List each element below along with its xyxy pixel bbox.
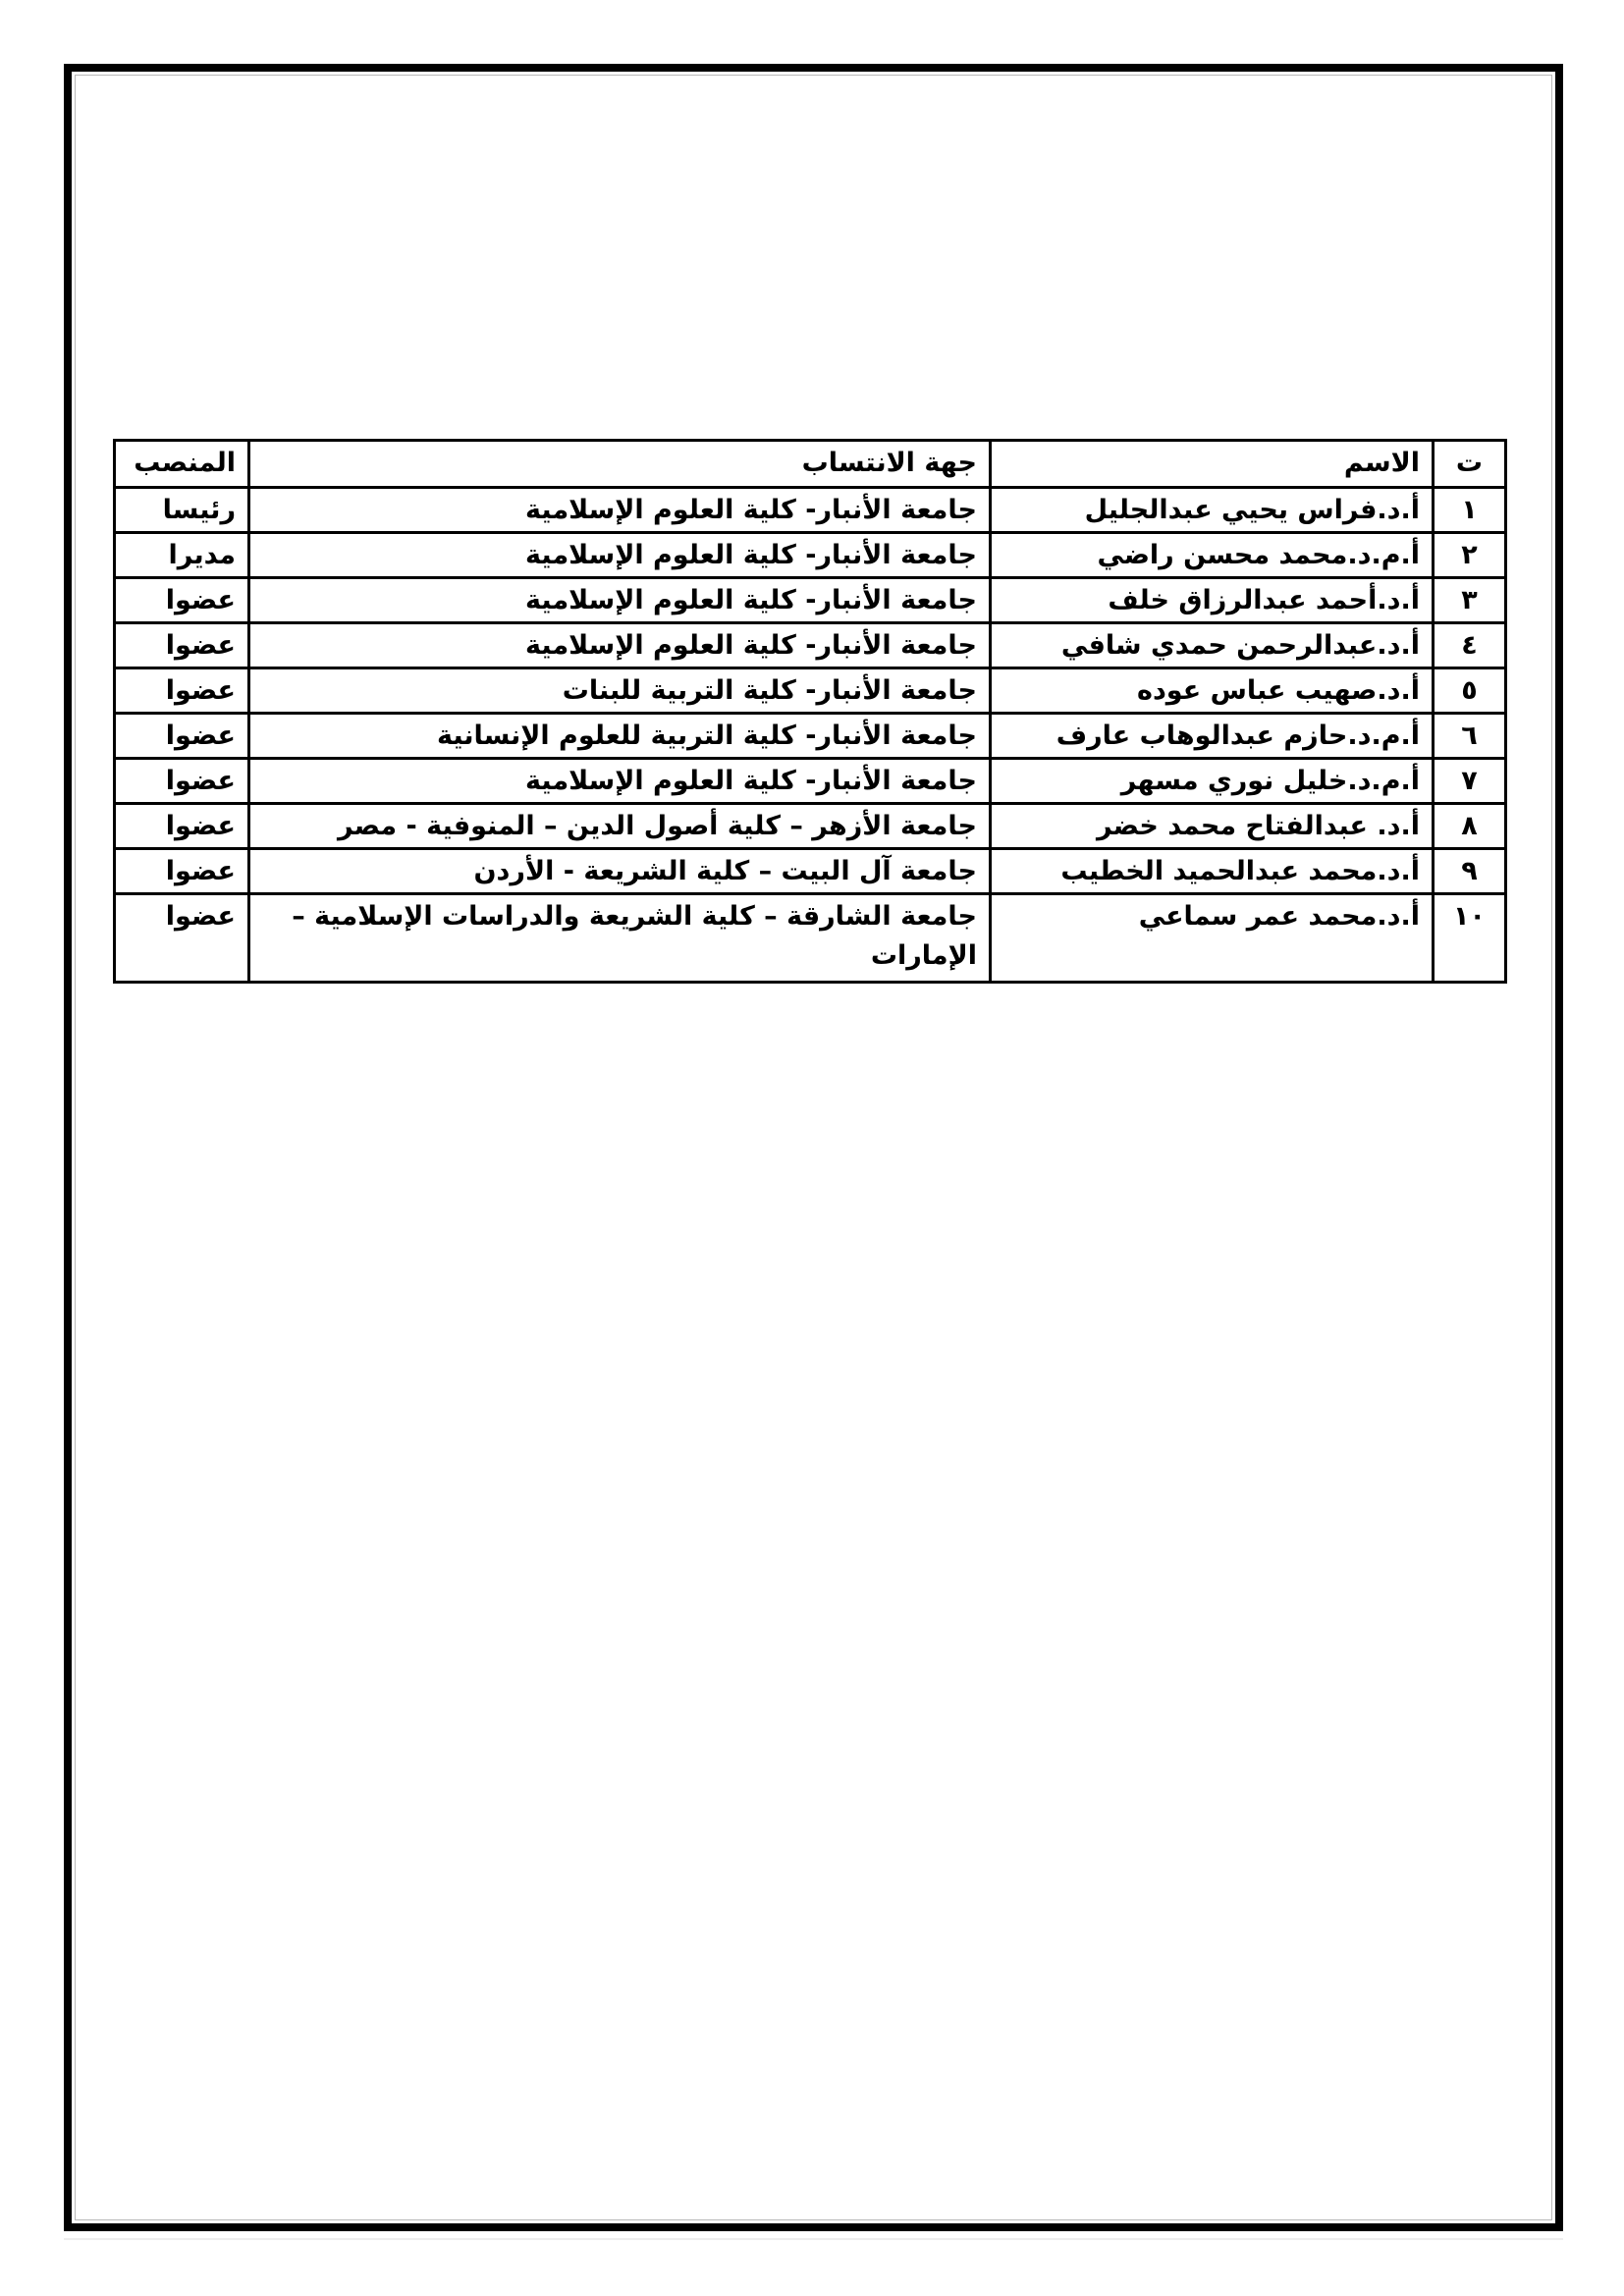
cell-no: ٧ (1434, 759, 1506, 804)
cell-position: عضوا (115, 714, 249, 759)
cell-name: أ.د.محمد عمر سماعي (991, 894, 1434, 983)
page-border-frame (64, 64, 1563, 2231)
cell-name: أ.د.أحمد عبدالرزاق خلف (991, 578, 1434, 623)
table-row: ١ أ.د.فراس يحيي عبدالجليل جامعة الأنبار-… (115, 488, 1506, 533)
cell-no: ٦ (1434, 714, 1506, 759)
cell-no: ٤ (1434, 623, 1506, 668)
cell-affiliation: جامعة الأنبار- كلية التربية للبنات (249, 668, 991, 714)
cell-position: عضوا (115, 894, 249, 983)
cell-position: عضوا (115, 759, 249, 804)
table-row: ٤ أ.د.عبدالرحمن حمدي شافي جامعة الأنبار-… (115, 623, 1506, 668)
table-row: ٥ أ.د.صهيب عباس عوده جامعة الأنبار- كلية… (115, 668, 1506, 714)
table-row: ١٠ أ.د.محمد عمر سماعي جامعة الشارقة – كل… (115, 894, 1506, 983)
cell-affiliation: جامعة الأنبار- كلية العلوم الإسلامية (249, 488, 991, 533)
cell-position: عضوا (115, 578, 249, 623)
table-header-row: ت الاسم جهة الانتساب المنصب (115, 441, 1506, 488)
cell-affiliation: جامعة الشارقة – كلية الشريعة والدراسات ا… (249, 894, 991, 983)
cell-name: أ.د.عبدالرحمن حمدي شافي (991, 623, 1434, 668)
cell-no: ١ (1434, 488, 1506, 533)
committee-members-table: ت الاسم جهة الانتساب المنصب ١ أ.د.فراس ي… (113, 439, 1507, 984)
table-row: ٣ أ.د.أحمد عبدالرزاق خلف جامعة الأنبار- … (115, 578, 1506, 623)
header-cell-no: ت (1434, 441, 1506, 488)
header-cell-position: المنصب (115, 441, 249, 488)
page-border-inner-line (75, 75, 1552, 2220)
cell-affiliation: جامعة الأزهر – كلية أصول الدين – المنوفي… (249, 804, 991, 849)
committee-table-container: ت الاسم جهة الانتساب المنصب ١ أ.د.فراس ي… (116, 439, 1507, 984)
cell-position: عضوا (115, 668, 249, 714)
cell-position: عضوا (115, 849, 249, 894)
cell-name: أ.م.د.خليل نوري مسهر (991, 759, 1434, 804)
cell-no: ٩ (1434, 849, 1506, 894)
cell-position: مديرا (115, 533, 249, 578)
page-border-bottom-shadow (64, 2238, 1563, 2240)
cell-position: عضوا (115, 623, 249, 668)
cell-affiliation: جامعة الأنبار- كلية التربية للعلوم الإنس… (249, 714, 991, 759)
cell-no: ٣ (1434, 578, 1506, 623)
cell-name: أ.د. عبدالفتاح محمد خضر (991, 804, 1434, 849)
cell-position: رئيسا (115, 488, 249, 533)
cell-affiliation: جامعة الأنبار- كلية العلوم الإسلامية (249, 623, 991, 668)
cell-no: ٨ (1434, 804, 1506, 849)
header-cell-name: الاسم (991, 441, 1434, 488)
cell-name: أ.د.صهيب عباس عوده (991, 668, 1434, 714)
table-row: ٨ أ.د. عبدالفتاح محمد خضر جامعة الأزهر –… (115, 804, 1506, 849)
cell-no: ٥ (1434, 668, 1506, 714)
cell-no: ١٠ (1434, 894, 1506, 983)
cell-name: أ.د.فراس يحيي عبدالجليل (991, 488, 1434, 533)
cell-affiliation: جامعة الأنبار- كلية العلوم الإسلامية (249, 533, 991, 578)
document-page: { "page": { "background": "#ffffff", "bo… (0, 0, 1624, 2296)
cell-affiliation: جامعة الأنبار- كلية العلوم الإسلامية (249, 578, 991, 623)
table-row: ٩ أ.د.محمد عبدالحميد الخطيب جامعة آل الب… (115, 849, 1506, 894)
cell-name: أ.د.محمد عبدالحميد الخطيب (991, 849, 1434, 894)
table-row: ٧ أ.م.د.خليل نوري مسهر جامعة الأنبار- كل… (115, 759, 1506, 804)
cell-affiliation: جامعة آل البيت – كلية الشريعة - الأردن (249, 849, 991, 894)
cell-position: عضوا (115, 804, 249, 849)
cell-affiliation: جامعة الأنبار- كلية العلوم الإسلامية (249, 759, 991, 804)
table-row: ٦ أ.م.د.حازم عبدالوهاب عارف جامعة الأنبا… (115, 714, 1506, 759)
cell-name: أ.م.د.حازم عبدالوهاب عارف (991, 714, 1434, 759)
header-cell-affiliation: جهة الانتساب (249, 441, 991, 488)
cell-no: ٢ (1434, 533, 1506, 578)
table-row: ٢ أ.م.د.محمد محسن راضي جامعة الأنبار- كل… (115, 533, 1506, 578)
cell-name: أ.م.د.محمد محسن راضي (991, 533, 1434, 578)
